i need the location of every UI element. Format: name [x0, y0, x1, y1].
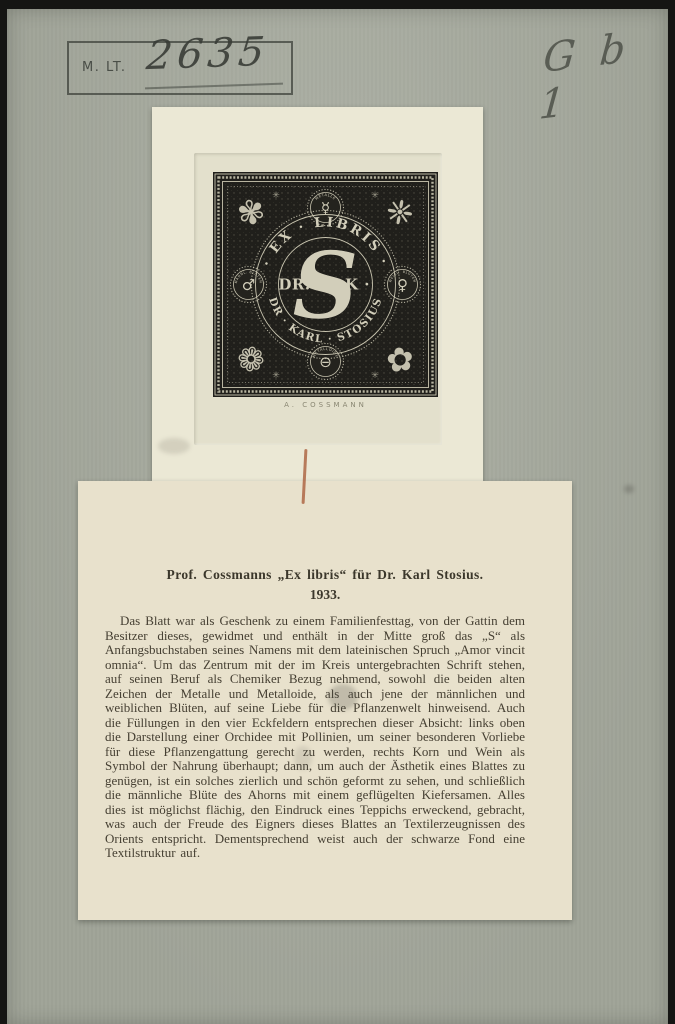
- exlibris-mount-card: ✾ ❈ ❁ ✿ ✳ ✳ ✳ ✳ ☿ METALLE: [152, 107, 483, 481]
- description-title: Prof. Cossmanns „Ex libris“ für Dr. Karl…: [78, 567, 572, 583]
- inventory-stamp-prefix: M. LT.: [82, 60, 126, 75]
- flower-motif-icon: ❁: [235, 338, 268, 380]
- sprig-icon: ✳: [272, 371, 280, 381]
- stain-mark: [328, 684, 358, 710]
- venus-symbol-icon: ♀: [397, 276, 408, 294]
- sprig-icon: ✳: [371, 191, 379, 201]
- mars-symbol-icon: ♂: [242, 276, 255, 294]
- description-card: Prof. Cossmanns „Ex libris“ für Dr. Karl…: [78, 481, 572, 920]
- monogram-dr: DR.: [278, 276, 310, 294]
- stain-mark: [158, 438, 190, 454]
- exlibris-artwork: ✾ ❈ ❁ ✿ ✳ ✳ ✳ ✳ ☿ METALLE: [213, 172, 438, 397]
- circled-minus-symbol-icon: ⊖: [319, 353, 332, 371]
- inventory-stamp-box: M. LT. 2635: [67, 41, 293, 95]
- exlibris-print: ✾ ❈ ❁ ✿ ✳ ✳ ✳ ✳ ☿ METALLE: [213, 172, 438, 397]
- stain-mark: [294, 746, 312, 770]
- pencil-annotation: G b 1: [537, 19, 675, 129]
- sprig-icon: ✳: [371, 371, 379, 381]
- stain-mark: [624, 485, 634, 493]
- archive-scan: M. LT. 2635 G b 1: [0, 0, 675, 1024]
- description-body: Das Blatt war als Geschenk zu einem Fami…: [105, 614, 525, 861]
- inventory-number-handwritten: 2635: [144, 29, 271, 79]
- maple-blossom-motif-icon: ✿: [384, 338, 417, 380]
- monogram-k: K ·: [345, 276, 370, 294]
- artist-signature: A. COSSMANN: [213, 401, 438, 409]
- sprig-icon: ✳: [272, 191, 280, 201]
- inventory-number-underline: [145, 83, 283, 90]
- description-year: 1933.: [78, 587, 572, 603]
